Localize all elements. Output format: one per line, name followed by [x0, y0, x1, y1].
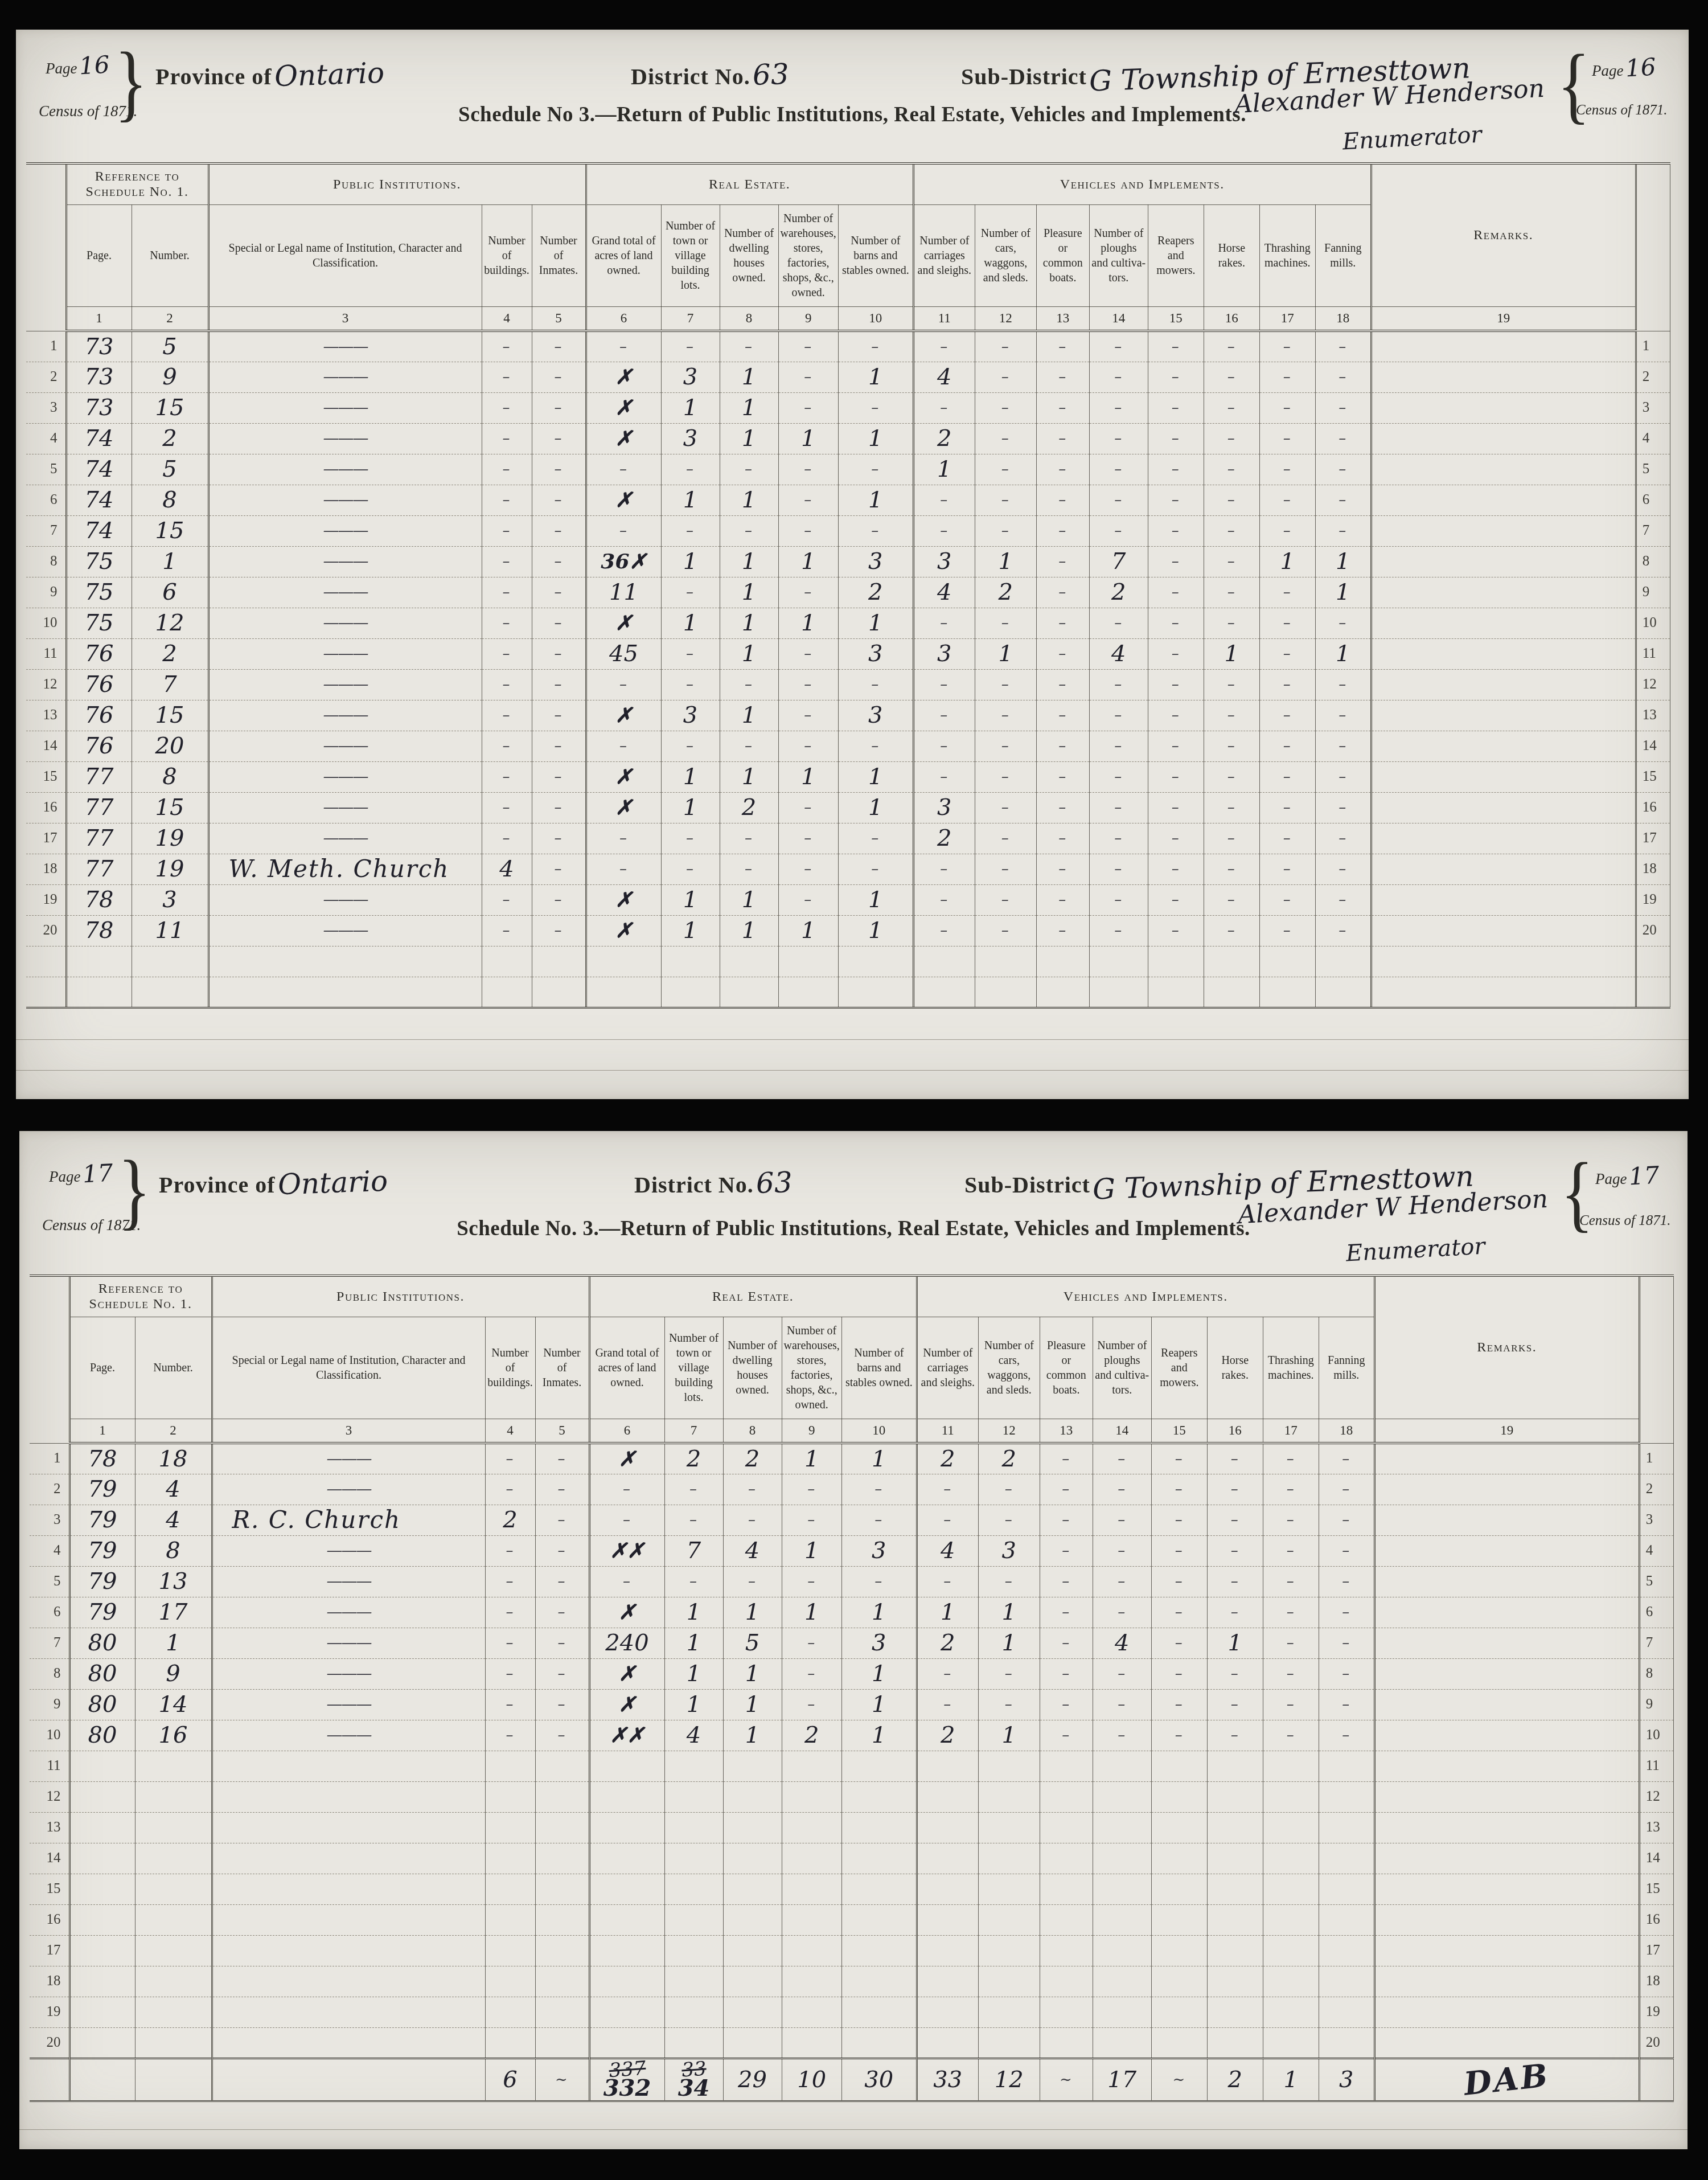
- row-number-right: 12: [1636, 669, 1670, 700]
- table-cell: 4: [913, 577, 975, 608]
- table-cell: –: [1036, 823, 1089, 854]
- table-cell: –: [917, 1474, 978, 1505]
- table-cell: –: [482, 454, 532, 485]
- table-cell: 78: [69, 1443, 135, 1474]
- handwritten-value: 1: [801, 427, 815, 450]
- handwritten-value: –: [1283, 892, 1292, 907]
- table-cell: ———: [212, 1535, 485, 1566]
- table-cell: [212, 1997, 485, 2027]
- handwritten-value: –: [1283, 646, 1292, 661]
- handwritten-value: –: [1283, 923, 1292, 938]
- handwritten-value: –: [623, 1574, 631, 1589]
- handwritten-value: ———: [323, 646, 368, 662]
- column-header-10: Number of barns and stables owned.: [841, 1317, 917, 1419]
- column-header-10: Number of barns and stables owned.: [838, 205, 913, 307]
- handwritten-value: –: [807, 1697, 816, 1712]
- group-header-public-institutions: Public Institutions.: [212, 1276, 589, 1317]
- row-number-gutter: [1636, 163, 1670, 331]
- table-cell: [917, 1874, 978, 1904]
- handwritten-value: –: [1058, 831, 1067, 846]
- handwritten-value: –: [1114, 462, 1123, 477]
- column-header-7: Number of town or village building lots.: [664, 1317, 723, 1419]
- table-cell: 3: [838, 546, 913, 577]
- handwritten-value: 5: [162, 458, 176, 481]
- handwritten-value: 1: [683, 888, 697, 911]
- column-header-6: Grand total of acres of land owned.: [586, 205, 661, 307]
- table-cell: –: [1148, 854, 1204, 884]
- table-cell: –: [586, 669, 661, 700]
- table-cell: –: [1093, 1566, 1151, 1597]
- table-cell: 1: [661, 761, 720, 792]
- table-cell: ✗✗: [589, 1720, 664, 1751]
- table-cell: –: [1315, 515, 1371, 546]
- handwritten-value: –: [1172, 585, 1180, 600]
- table-cell: –: [1204, 454, 1259, 485]
- page-number-handwritten: 17: [1628, 1161, 1660, 1191]
- handwritten-value: –: [1283, 523, 1292, 538]
- totals-cell: 30: [841, 2058, 917, 2101]
- table-cell: –: [1036, 608, 1089, 638]
- handwritten-value: –: [1283, 400, 1292, 415]
- row-number-right: 5: [1636, 454, 1670, 485]
- table-cell: 12: [132, 608, 208, 638]
- table-cell: [1371, 331, 1636, 362]
- handwritten-value: –: [1118, 1666, 1126, 1681]
- table-cell: –: [1315, 731, 1371, 761]
- table-cell: [1371, 669, 1636, 700]
- table-cell: 1: [1315, 577, 1371, 608]
- table-cell: [589, 1966, 664, 1997]
- column-number-11: 11: [913, 307, 975, 331]
- table-cell: 1: [1315, 546, 1371, 577]
- table-cell: [1374, 1843, 1639, 1874]
- handwritten-value: –: [748, 1574, 757, 1589]
- handwritten-value: –: [1227, 739, 1236, 753]
- handwritten-value: –: [503, 400, 511, 415]
- table-cell: 1: [975, 546, 1036, 577]
- table-cell: –: [532, 454, 586, 485]
- handwritten-value: –: [804, 493, 812, 507]
- table-cell: 79: [69, 1566, 135, 1597]
- table-cell: –: [1148, 546, 1204, 577]
- table-cell: –: [482, 669, 532, 700]
- column-header-18: Fanning mills.: [1319, 1317, 1374, 1419]
- table-cell: –: [978, 1474, 1040, 1505]
- table-cell: [1207, 1751, 1263, 1781]
- handwritten-value: –: [558, 1636, 566, 1650]
- table-cell: [1371, 884, 1636, 915]
- table-cell: –: [532, 608, 586, 638]
- table-cell: [1371, 946, 1636, 977]
- table-cell: [1036, 977, 1089, 1007]
- table-cell: –: [720, 669, 778, 700]
- totals-cell: [135, 2058, 212, 2101]
- handwritten-value: 4: [687, 1724, 701, 1747]
- totals-cell: 1: [1263, 2058, 1319, 2101]
- table-cell: [1151, 1874, 1207, 1904]
- handwritten-value: 73: [85, 335, 114, 358]
- table-cell: –: [720, 331, 778, 362]
- handwritten-value: –: [1172, 769, 1180, 784]
- table-cell: –: [1093, 1505, 1151, 1535]
- table-cell: –: [532, 331, 586, 362]
- table-cell: [664, 1997, 723, 2027]
- column-number-19: 19: [1371, 307, 1636, 331]
- census-page-16: Page 16 Census of 1871. } Province of On…: [16, 30, 1689, 1099]
- table-cell: –: [586, 731, 661, 761]
- table-cell: [485, 1935, 535, 1966]
- table-cell: –: [532, 362, 586, 392]
- table-cell: ———: [208, 823, 482, 854]
- handwritten-value: ———: [327, 1666, 371, 1682]
- table-cell: [1093, 1904, 1151, 1935]
- table-cell: [535, 2027, 589, 2058]
- table-cell: –: [1259, 731, 1315, 761]
- table-row: 108016———––✗✗412121––––––10: [30, 1720, 1673, 1751]
- handwritten-value: –: [1001, 400, 1010, 415]
- table-cell: –: [1259, 454, 1315, 485]
- table-cell: 19: [132, 823, 208, 854]
- table-cell: –: [1040, 1597, 1093, 1628]
- handwritten-value: 1: [872, 1662, 886, 1685]
- table-cell: 75: [66, 608, 132, 638]
- table-cell: –: [1036, 638, 1089, 669]
- table-row: 98014———––✗11–1––––––––9: [30, 1689, 1673, 1720]
- row-number-left: 7: [26, 515, 66, 546]
- table-cell: –: [1148, 638, 1204, 669]
- handwritten-value: –: [686, 523, 695, 538]
- table-cell: [1319, 1843, 1374, 1874]
- handwritten-value: 1: [804, 1448, 819, 1470]
- table-cell: –: [917, 1658, 978, 1689]
- table-cell: 17: [135, 1597, 212, 1628]
- handwritten-value: 18: [159, 1448, 188, 1470]
- table-cell: –: [1151, 1505, 1207, 1535]
- table-cell: –: [1040, 1535, 1093, 1566]
- column-number-7: 7: [661, 307, 720, 331]
- table-cell: 15: [132, 700, 208, 731]
- table-cell: [978, 1966, 1040, 1997]
- table-cell: –: [1263, 1566, 1319, 1597]
- table-cell: –: [1315, 362, 1371, 392]
- table-cell: [917, 1935, 978, 1966]
- table-row: 37315———––✗11––––––––––3: [26, 392, 1670, 423]
- table-cell: –: [532, 823, 586, 854]
- page-number-handwritten: 16: [79, 51, 110, 80]
- row-number-left: [26, 977, 66, 1007]
- table-cell: [1093, 1751, 1151, 1781]
- table-cell: [1093, 2027, 1151, 2058]
- column-header-4: Number of buildings.: [482, 205, 532, 307]
- handwritten-value: –: [506, 1728, 515, 1743]
- group-header-real-estate: Real Estate.: [589, 1276, 917, 1317]
- table-cell: 1: [664, 1597, 723, 1628]
- table-cell: –: [1315, 792, 1371, 823]
- table-cell: [589, 2027, 664, 2058]
- table-cell: –: [975, 515, 1036, 546]
- handwritten-value: –: [804, 646, 812, 661]
- handwritten-value: –: [943, 1482, 952, 1497]
- table-cell: –: [782, 1658, 841, 1689]
- table-cell: [1319, 2027, 1374, 2058]
- handwritten-value: –: [1283, 370, 1292, 384]
- table-cell: 1: [720, 577, 778, 608]
- table-cell: 4: [723, 1535, 782, 1566]
- table-cell: –: [1093, 1720, 1151, 1751]
- table-cell: ✗: [586, 792, 661, 823]
- table-cell: –: [782, 1474, 841, 1505]
- handwritten-value: –: [1339, 708, 1347, 723]
- handwritten-value: –: [506, 1697, 515, 1712]
- handwritten-value: –: [686, 862, 695, 876]
- table-cell: [978, 1751, 1040, 1781]
- handwritten-value: –: [1283, 431, 1292, 446]
- handwritten-value: 3: [1339, 2068, 1353, 2091]
- handwritten-value: –: [1283, 616, 1292, 630]
- table-cell: –: [778, 392, 838, 423]
- table-cell: [1374, 1874, 1639, 1904]
- table-cell: –: [1204, 700, 1259, 731]
- table-cell: [69, 1751, 135, 1781]
- table-cell: –: [1204, 515, 1259, 546]
- handwritten-value: –: [1339, 862, 1347, 876]
- handwritten-value: –: [1172, 800, 1180, 815]
- table-cell: 1: [661, 884, 720, 915]
- totals-cell: [212, 2058, 485, 2101]
- table-cell: 15: [132, 515, 208, 546]
- table-cell: [212, 1843, 485, 1874]
- table-cell: –: [532, 915, 586, 946]
- handwritten-value: –: [871, 462, 880, 477]
- table-cell: –: [978, 1658, 1040, 1689]
- table-cell: 77: [66, 792, 132, 823]
- table-row: 3794R. C. Church2––––––––––––––3: [30, 1505, 1673, 1535]
- handwritten-value: –: [555, 677, 563, 692]
- table-cell: –: [532, 546, 586, 577]
- table-cell: –: [532, 792, 586, 823]
- handwritten-value: –: [619, 339, 628, 354]
- handwritten-value: –: [503, 523, 511, 538]
- table-cell: 77: [66, 854, 132, 884]
- table-row: 2020: [30, 2027, 1673, 2058]
- handwritten-value: 11: [609, 581, 638, 604]
- row-number-left: 9: [26, 577, 66, 608]
- handwritten-value: –: [1342, 1574, 1350, 1589]
- column-header-18: Fanning mills.: [1315, 205, 1371, 307]
- table-cell: [978, 1935, 1040, 1966]
- table-cell: –: [1089, 392, 1148, 423]
- table-cell: –: [1263, 1505, 1319, 1535]
- column-number-17: 17: [1259, 307, 1315, 331]
- table-cell: [1371, 454, 1636, 485]
- handwritten-value: –: [1058, 862, 1067, 876]
- table-cell: [720, 977, 778, 1007]
- table-cell: –: [532, 854, 586, 884]
- table-cell: –: [1151, 1658, 1207, 1689]
- column-header-12: Number of cars, waggons, and sleds.: [975, 205, 1036, 307]
- table-cell: [841, 1781, 917, 1812]
- handwritten-value: –: [807, 1574, 816, 1589]
- handwritten-value: 1: [687, 1601, 701, 1624]
- table-cell: –: [1040, 1658, 1093, 1689]
- table-cell: 18: [135, 1443, 212, 1474]
- handwritten-value: ✗: [618, 1663, 635, 1684]
- table-cell: 5: [723, 1628, 782, 1658]
- column-number-18: 18: [1315, 307, 1371, 331]
- row-number-gutter: [30, 1276, 69, 1443]
- row-number-left: 8: [26, 546, 66, 577]
- table-cell: 73: [66, 362, 132, 392]
- row-number-left: 5: [30, 1566, 69, 1597]
- column-number-12: 12: [975, 307, 1036, 331]
- table-cell: –: [1204, 362, 1259, 392]
- table-cell: ———: [208, 761, 482, 792]
- table-cell: [535, 1874, 589, 1904]
- page-number-block-left: Page 17: [49, 1159, 113, 1187]
- table-cell: 1: [778, 546, 838, 577]
- table-cell: –: [661, 331, 720, 362]
- handwritten-value: –: [871, 523, 880, 538]
- handwritten-value: 76: [85, 642, 114, 665]
- table-cell: 1: [838, 362, 913, 392]
- table-cell: [69, 1904, 135, 1935]
- handwritten-value: 8: [162, 765, 176, 788]
- handwritten-value: –: [623, 1513, 631, 1527]
- table-cell: 2: [917, 1443, 978, 1474]
- row-number-right: 20: [1636, 915, 1670, 946]
- row-number-right: 16: [1639, 1904, 1673, 1935]
- handwritten-value: –: [1058, 892, 1067, 907]
- handwritten-value: 11: [155, 919, 184, 942]
- table-cell: [135, 1874, 212, 1904]
- handwritten-value: –: [503, 646, 511, 661]
- handwritten-value: –: [1005, 1666, 1013, 1681]
- column-header-1: Page.: [69, 1317, 135, 1419]
- row-number-right: 17: [1639, 1935, 1673, 1966]
- table-cell: 1: [978, 1628, 1040, 1658]
- row-number-left: 2: [30, 1474, 69, 1505]
- handwritten-value: –: [1001, 677, 1010, 692]
- handwritten-value: 74: [85, 427, 114, 450]
- table-cell: –: [1151, 1628, 1207, 1658]
- table-cell: –: [1315, 669, 1371, 700]
- table-cell: –: [589, 1474, 664, 1505]
- handwritten-value: 1: [742, 550, 756, 573]
- table-cell: [589, 1781, 664, 1812]
- table-cell: 1: [838, 423, 913, 454]
- table-cell: –: [1148, 761, 1204, 792]
- table-cell: [1093, 1966, 1151, 1997]
- table-cell: –: [1259, 669, 1315, 700]
- table-cell: [1151, 1781, 1207, 1812]
- table-cell: [1319, 1751, 1374, 1781]
- handwritten-value: 4: [941, 1539, 955, 1562]
- row-number-gutter: [26, 163, 66, 331]
- handwritten-value: 1: [683, 919, 697, 942]
- table-cell: –: [841, 1474, 917, 1505]
- handwritten-value: 73: [85, 396, 114, 419]
- table-cell: [1374, 1935, 1639, 1966]
- table-cell: –: [913, 392, 975, 423]
- table-cell: –: [841, 1505, 917, 1535]
- handwritten-value: –: [555, 616, 563, 630]
- table-cell: [664, 1966, 723, 1997]
- handwritten-value: 76: [85, 704, 114, 727]
- handwritten-value: –: [1227, 462, 1236, 477]
- table-cell: ———: [208, 577, 482, 608]
- handwritten-value: –: [503, 339, 511, 354]
- table-header: Reference to Schedule No. 1.Public Insti…: [30, 1276, 1673, 1443]
- table-cell: [1089, 977, 1148, 1007]
- group-header-vehicles-implements: Vehicles and Implements.: [917, 1276, 1374, 1317]
- table-cell: [782, 1935, 841, 1966]
- table-cell: –: [1259, 485, 1315, 515]
- table-cell: –: [1204, 915, 1259, 946]
- table-cell: [1263, 1874, 1319, 1904]
- table-cell: [841, 1966, 917, 1997]
- table-row: 4798———––✗✗741343––––––4: [30, 1535, 1673, 1566]
- handwritten-value: –: [1283, 862, 1292, 876]
- table-cell: 1: [838, 608, 913, 638]
- handwritten-value: 1: [742, 612, 756, 634]
- table-cell: –: [838, 392, 913, 423]
- page-number-block-left: Page 16: [46, 51, 110, 79]
- handwritten-value: 79: [88, 1570, 117, 1593]
- table-cell: 1: [661, 792, 720, 823]
- table-cell: 1: [841, 1689, 917, 1720]
- table-cell: –: [482, 362, 532, 392]
- table-cell: –: [975, 915, 1036, 946]
- table-cell: 4: [913, 362, 975, 392]
- handwritten-value: 3: [868, 704, 882, 727]
- handwritten-value: –: [1287, 1636, 1295, 1650]
- table-cell: –: [838, 731, 913, 761]
- handwritten-value: 36✗: [601, 551, 646, 572]
- handwritten-value: –: [1001, 862, 1010, 876]
- table-cell: [212, 1874, 485, 1904]
- handwritten-value: 7: [162, 673, 176, 696]
- table-cell: [782, 1781, 841, 1812]
- table-cell: 3: [913, 792, 975, 823]
- handwritten-value: –: [1283, 708, 1292, 723]
- row-number-left: 13: [26, 700, 66, 731]
- column-header-3: Special or Legal name of Institution, Ch…: [212, 1317, 485, 1419]
- table-cell: 4: [135, 1474, 212, 1505]
- table-cell: [586, 977, 661, 1007]
- handwritten-value: –: [1342, 1543, 1350, 1558]
- table-row: 1735———–––––––––––––––1: [26, 331, 1670, 362]
- row-number-left: 3: [26, 392, 66, 423]
- table-cell: –: [778, 823, 838, 854]
- table-cell: 3: [841, 1628, 917, 1658]
- column-number-4: 4: [485, 1419, 535, 1444]
- table-cell: [1371, 577, 1636, 608]
- handwritten-value: –: [1287, 1452, 1295, 1466]
- handwritten-value: –: [1227, 339, 1236, 354]
- row-number-right: 19: [1636, 884, 1670, 915]
- table-cell: –: [1036, 731, 1089, 761]
- column-header-17: Thrashing machines.: [1263, 1317, 1319, 1419]
- table-cell: –: [1089, 423, 1148, 454]
- handwritten-value: –: [745, 677, 753, 692]
- handwritten-value: ✗✗: [610, 1725, 644, 1745]
- table-cell: –: [778, 485, 838, 515]
- table-cell: [917, 1812, 978, 1843]
- handwritten-value: –: [1231, 1513, 1239, 1527]
- table-cell: [485, 2027, 535, 2058]
- handwritten-value: –: [1287, 1513, 1295, 1527]
- table-cell: –: [532, 577, 586, 608]
